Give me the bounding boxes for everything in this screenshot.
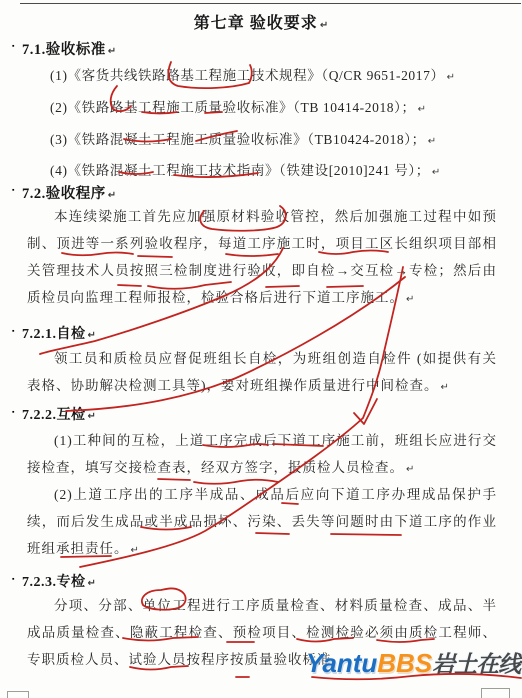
outline-bullet-icon: ▪ <box>12 43 15 50</box>
paragraph-mark: ↵ <box>447 72 455 83</box>
paragraph-mark: ↵ <box>88 411 96 422</box>
standard-item-1: (1)《客货共线铁路路基工程施工技术规程》（Q/CR 9651-2017）↵ <box>50 64 500 84</box>
outline-bullet-icon: ▪ <box>12 187 15 194</box>
header-rule <box>20 3 521 4</box>
watermark-cn: 岩土在线 <box>432 651 520 677</box>
standard-item-3: (3)《铁路混凝土工程施工质量验收标准》（TB10424-2018）；↵ <box>50 128 500 148</box>
paragraph-text: (1)工种间的互检，上道工序完成后下道工序施工前，班组长应进行交接检查，填写交接… <box>27 433 497 475</box>
page-title: 第七章 验收要求↵ <box>0 10 522 33</box>
paragraph-7-2: 本连续梁施工首先应加强原材料验收管控，然后加强施工过程中如预制、顶进等一系列验收… <box>27 203 497 313</box>
watermark: YantuBBS岩土在线 <box>306 646 520 679</box>
paragraph-mark: ↵ <box>88 578 96 589</box>
paragraph-mark: ↵ <box>320 20 328 31</box>
red-stroke <box>354 399 377 424</box>
page-corner-box-left <box>7 691 29 698</box>
heading-text: 7.1.验收标准 <box>22 42 106 58</box>
paragraph-mark: ↵ <box>406 464 414 475</box>
paragraph-mark: ↵ <box>432 167 440 178</box>
heading-text: 7.2.2.互检 <box>22 408 86 423</box>
paragraph-7-2-1: 领工员和质检员应督促班组长自检，为班组创造自检件 (如提供有关表格、协助解决检测… <box>27 345 497 401</box>
standard-item-text: (2)《铁路路基工程施工质量验收标准》（TB 10414-2018）； <box>50 100 416 115</box>
heading-7-2-3: ▪7.2.3.专检↵ <box>22 571 96 591</box>
paragraph-mark: ↵ <box>428 136 436 147</box>
watermark-yantu: Yantu <box>306 648 377 678</box>
heading-7-2-2: ▪7.2.2.互检↵ <box>22 404 96 424</box>
standard-item-4: (4)《铁路混凝土工程施工技术指南》（铁建设[2010]241 号）；↵ <box>50 159 500 179</box>
paragraph-7-2-2-1: (1)工种间的互检，上道工序完成后下道工序施工前，班组长应进行交接检查，填写交接… <box>27 427 497 483</box>
heading-text: 7.2.1.自检 <box>22 327 86 342</box>
standard-item-2: (2)《铁路路基工程施工质量验收标准》（TB 10414-2018）；↵ <box>50 96 500 116</box>
paragraph-text: 本连续梁施工首先应加强原材料验收管控，然后加强施工过程中如预制、顶进等一系列验收… <box>27 209 497 305</box>
standard-item-text: (4)《铁路混凝土工程施工技术指南》（铁建设[2010]241 号）； <box>50 163 430 178</box>
heading-text: 7.2.3.专检 <box>22 575 86 590</box>
paragraph-mark: ↵ <box>441 382 449 393</box>
paragraph-mark: ↵ <box>131 545 139 556</box>
document-page: { "title": "第七章 验收要求", "headings": { "h7… <box>0 0 522 698</box>
heading-7-2: ▪7.2.验收程序↵ <box>22 182 116 203</box>
outline-bullet-icon: ▪ <box>12 328 15 335</box>
paragraph-mark: ↵ <box>108 46 116 57</box>
standard-item-text: (3)《铁路混凝土工程施工质量验收标准》（TB10424-2018）； <box>50 132 426 147</box>
paragraph-mark: ↵ <box>406 294 414 305</box>
page-title-text: 第七章 验收要求 <box>194 15 318 32</box>
paragraph-mark: ↵ <box>418 104 426 115</box>
paragraph-text: 领工员和质检员应督促班组长自检，为班组创造自检件 (如提供有关表格、协助解决检测… <box>27 351 497 393</box>
heading-text: 7.2.验收程序 <box>22 186 106 202</box>
paragraph-text: (2)上道工序出的工序半成品、成品后应向下道工序办理成品保护手续，而后发生成品或… <box>27 487 497 556</box>
paragraph-mark: ↵ <box>88 330 96 341</box>
standard-item-text: (1)《客货共线铁路路基工程施工技术规程》（Q/CR 9651-2017） <box>50 68 445 83</box>
heading-7-2-1: ▪7.2.1.自检↵ <box>22 323 96 343</box>
heading-7-1: ▪7.1.验收标准↵ <box>22 38 116 59</box>
watermark-bbs: BBS <box>377 648 432 678</box>
paragraph-mark: ↵ <box>108 190 116 201</box>
page-corner-box-right <box>481 688 510 698</box>
paragraph-7-2-2-2: (2)上道工序出的工序半成品、成品后应向下道工序办理成品保护手续，而后发生成品或… <box>27 481 497 564</box>
outline-bullet-icon: ▪ <box>12 576 15 583</box>
outline-bullet-icon: ▪ <box>12 409 15 416</box>
